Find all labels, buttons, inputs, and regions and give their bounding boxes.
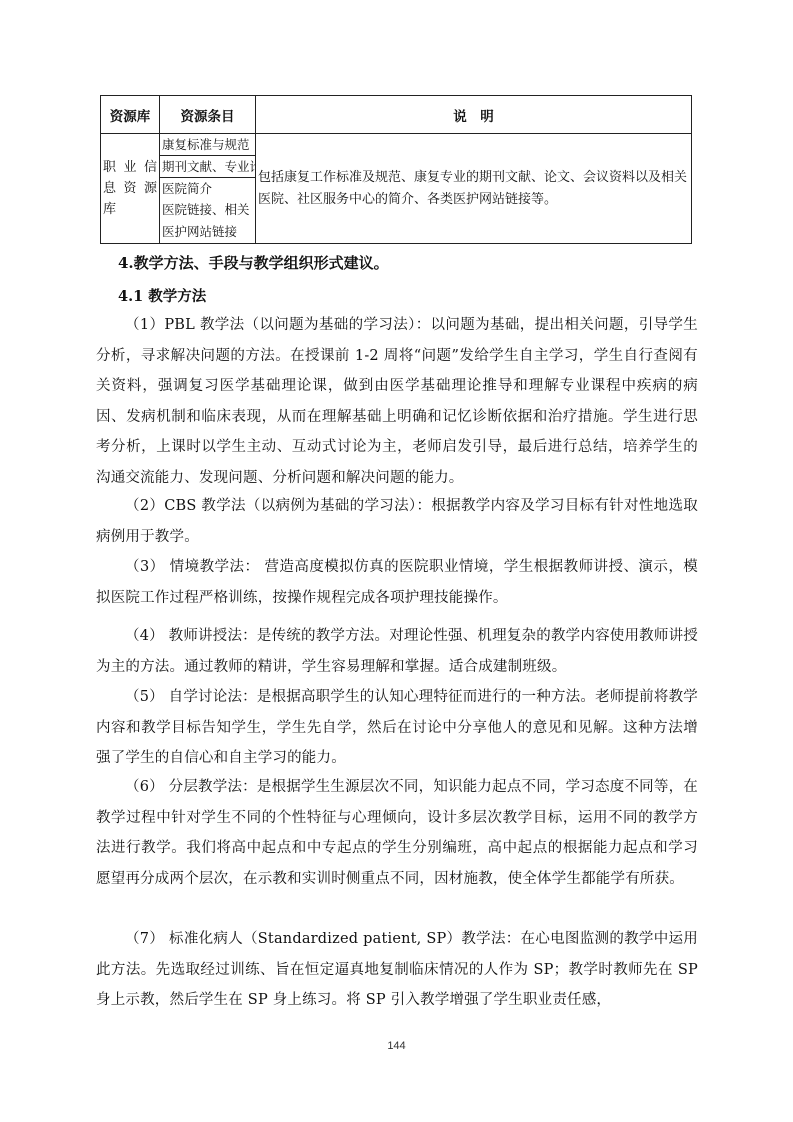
section-heading: 4.教学方法、手段与教学组织形式建议。 xyxy=(118,252,389,273)
table-header-row: 资源库 资源条目 说 明 xyxy=(101,96,692,134)
resource-item: 期刊文献、专业论文 xyxy=(160,156,255,178)
subsection-heading: 4.1 教学方法 xyxy=(118,285,206,306)
header-resource-library: 资源库 xyxy=(101,96,160,134)
resource-item: 医院简介 xyxy=(160,178,255,199)
paragraph-cbs: （2）CBS 教学法（以病例为基础的学习法）：根据教学内容及学习目标有针对性地选… xyxy=(96,491,698,552)
paragraph-self-study: （5） 自学讨论法：是根据高职学生的认知心理特征而进行的一种方法。老师提前将教学… xyxy=(96,682,698,774)
header-description: 说 明 xyxy=(256,96,692,134)
header-resource-items: 资源条目 xyxy=(160,96,256,134)
resource-item: 康复标准与规范 xyxy=(160,134,255,156)
category-line: 库 xyxy=(103,199,157,220)
description-cell: 包括康复工作标准及规范、康复专业的期刊文献、论文、会议资料以及相关医院、社区服务… xyxy=(256,134,692,244)
category-line: 职 业 信 xyxy=(103,157,157,178)
paragraph-pbl: （1）PBL 教学法（以问题为基础的学习法）：以问题为基础，提出相关问题，引导学… xyxy=(96,310,698,493)
category-line: 息 资 源 xyxy=(103,178,157,199)
page-number: 144 xyxy=(0,1040,793,1052)
resource-table: 资源库 资源条目 说 明 职 业 信 息 资 源 库 康复标准与规范 期刊文献、… xyxy=(100,95,692,244)
document-page: 资源库 资源条目 说 明 职 业 信 息 资 源 库 康复标准与规范 期刊文献、… xyxy=(0,0,793,1122)
paragraph-tiered: （6） 分层教学法：是根据学生生源层次不同，知识能力起点不同，学习态度不同等，在… xyxy=(96,772,698,894)
table-row: 职 业 信 息 资 源 库 康复标准与规范 期刊文献、专业论文 医院简介 医院链… xyxy=(101,134,692,244)
paragraph-lecture: （4） 教师讲授法：是传统的教学方法。对理论性强、机理复杂的教学内容使用教师讲授… xyxy=(96,621,698,682)
paragraph-situational: （3） 情境教学法： 营造高度模拟仿真的医院职业情境，学生根据教师讲授、演示，模… xyxy=(96,552,698,613)
category-cell: 职 业 信 息 资 源 库 xyxy=(101,134,160,244)
resource-item: 医院链接、相关医护网站链接 xyxy=(160,199,255,243)
paragraph-standardized-patient: （7） 标准化病人（Standardized patient, SP）教学法：在… xyxy=(96,924,698,1016)
items-cell: 康复标准与规范 期刊文献、专业论文 医院简介 医院链接、相关医护网站链接 xyxy=(160,134,256,244)
